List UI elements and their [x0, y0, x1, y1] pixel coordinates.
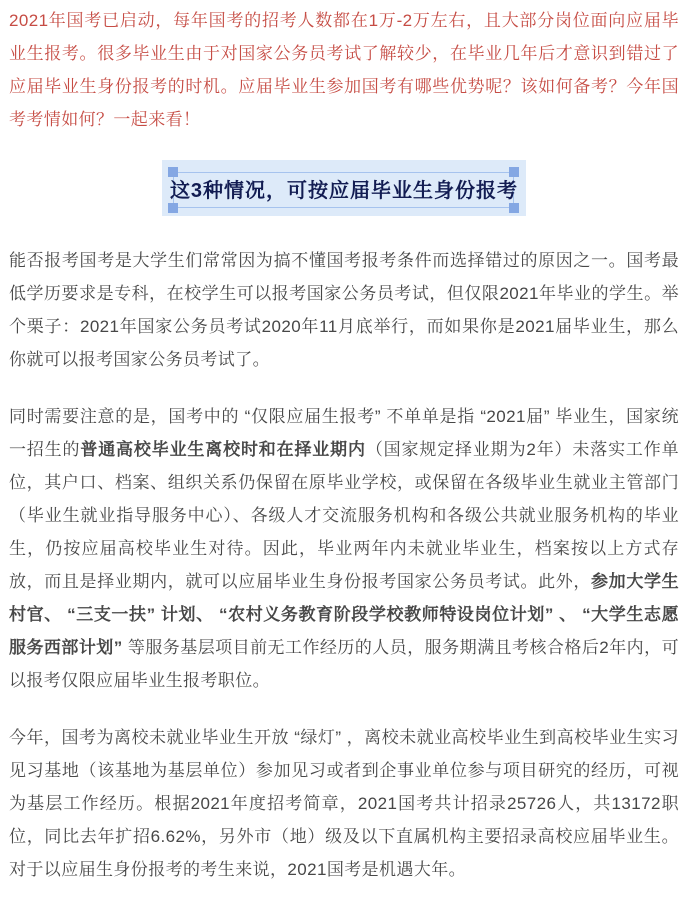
text-run: （国家规定择业期为2年）未落实工作单位，其户口、档案、组织关系仍保留在原毕业学校…: [9, 440, 679, 591]
paragraph-eligibility: 能否报考国考是大学生们常常因为搞不懂国考报考条件而选择错过的原因之一。国考最低学…: [9, 244, 679, 376]
intro-paragraph: 2021年国考已启动，每年国考的招考人数都在1万-2万左右，且大部分岗位面向应届…: [9, 4, 679, 136]
paragraph-fresh-grad-definition: 同时需要注意的是，国考中的 “仅限应届生报考” 不单单是指 “2021届” 毕业…: [9, 400, 679, 697]
text-run-bold: 普通高校毕业生离校时和在择业期内: [80, 440, 365, 459]
article-content: 2021年国考已启动，每年国考的招考人数都在1万-2万左右，且大部分岗位面向应届…: [0, 0, 688, 912]
paragraph-2021-opportunity: 今年，国考为离校未就业毕业生开放 “绿灯” ，离校未就业高校毕业生到高校毕业生实…: [9, 721, 679, 886]
banner-box: 这3种情况，可按应届毕业生身份报考: [162, 160, 526, 216]
section-banner: 这3种情况，可按应届毕业生身份报考: [9, 160, 679, 216]
banner-title: 这3种情况，可按应届毕业生身份报考: [162, 160, 526, 216]
